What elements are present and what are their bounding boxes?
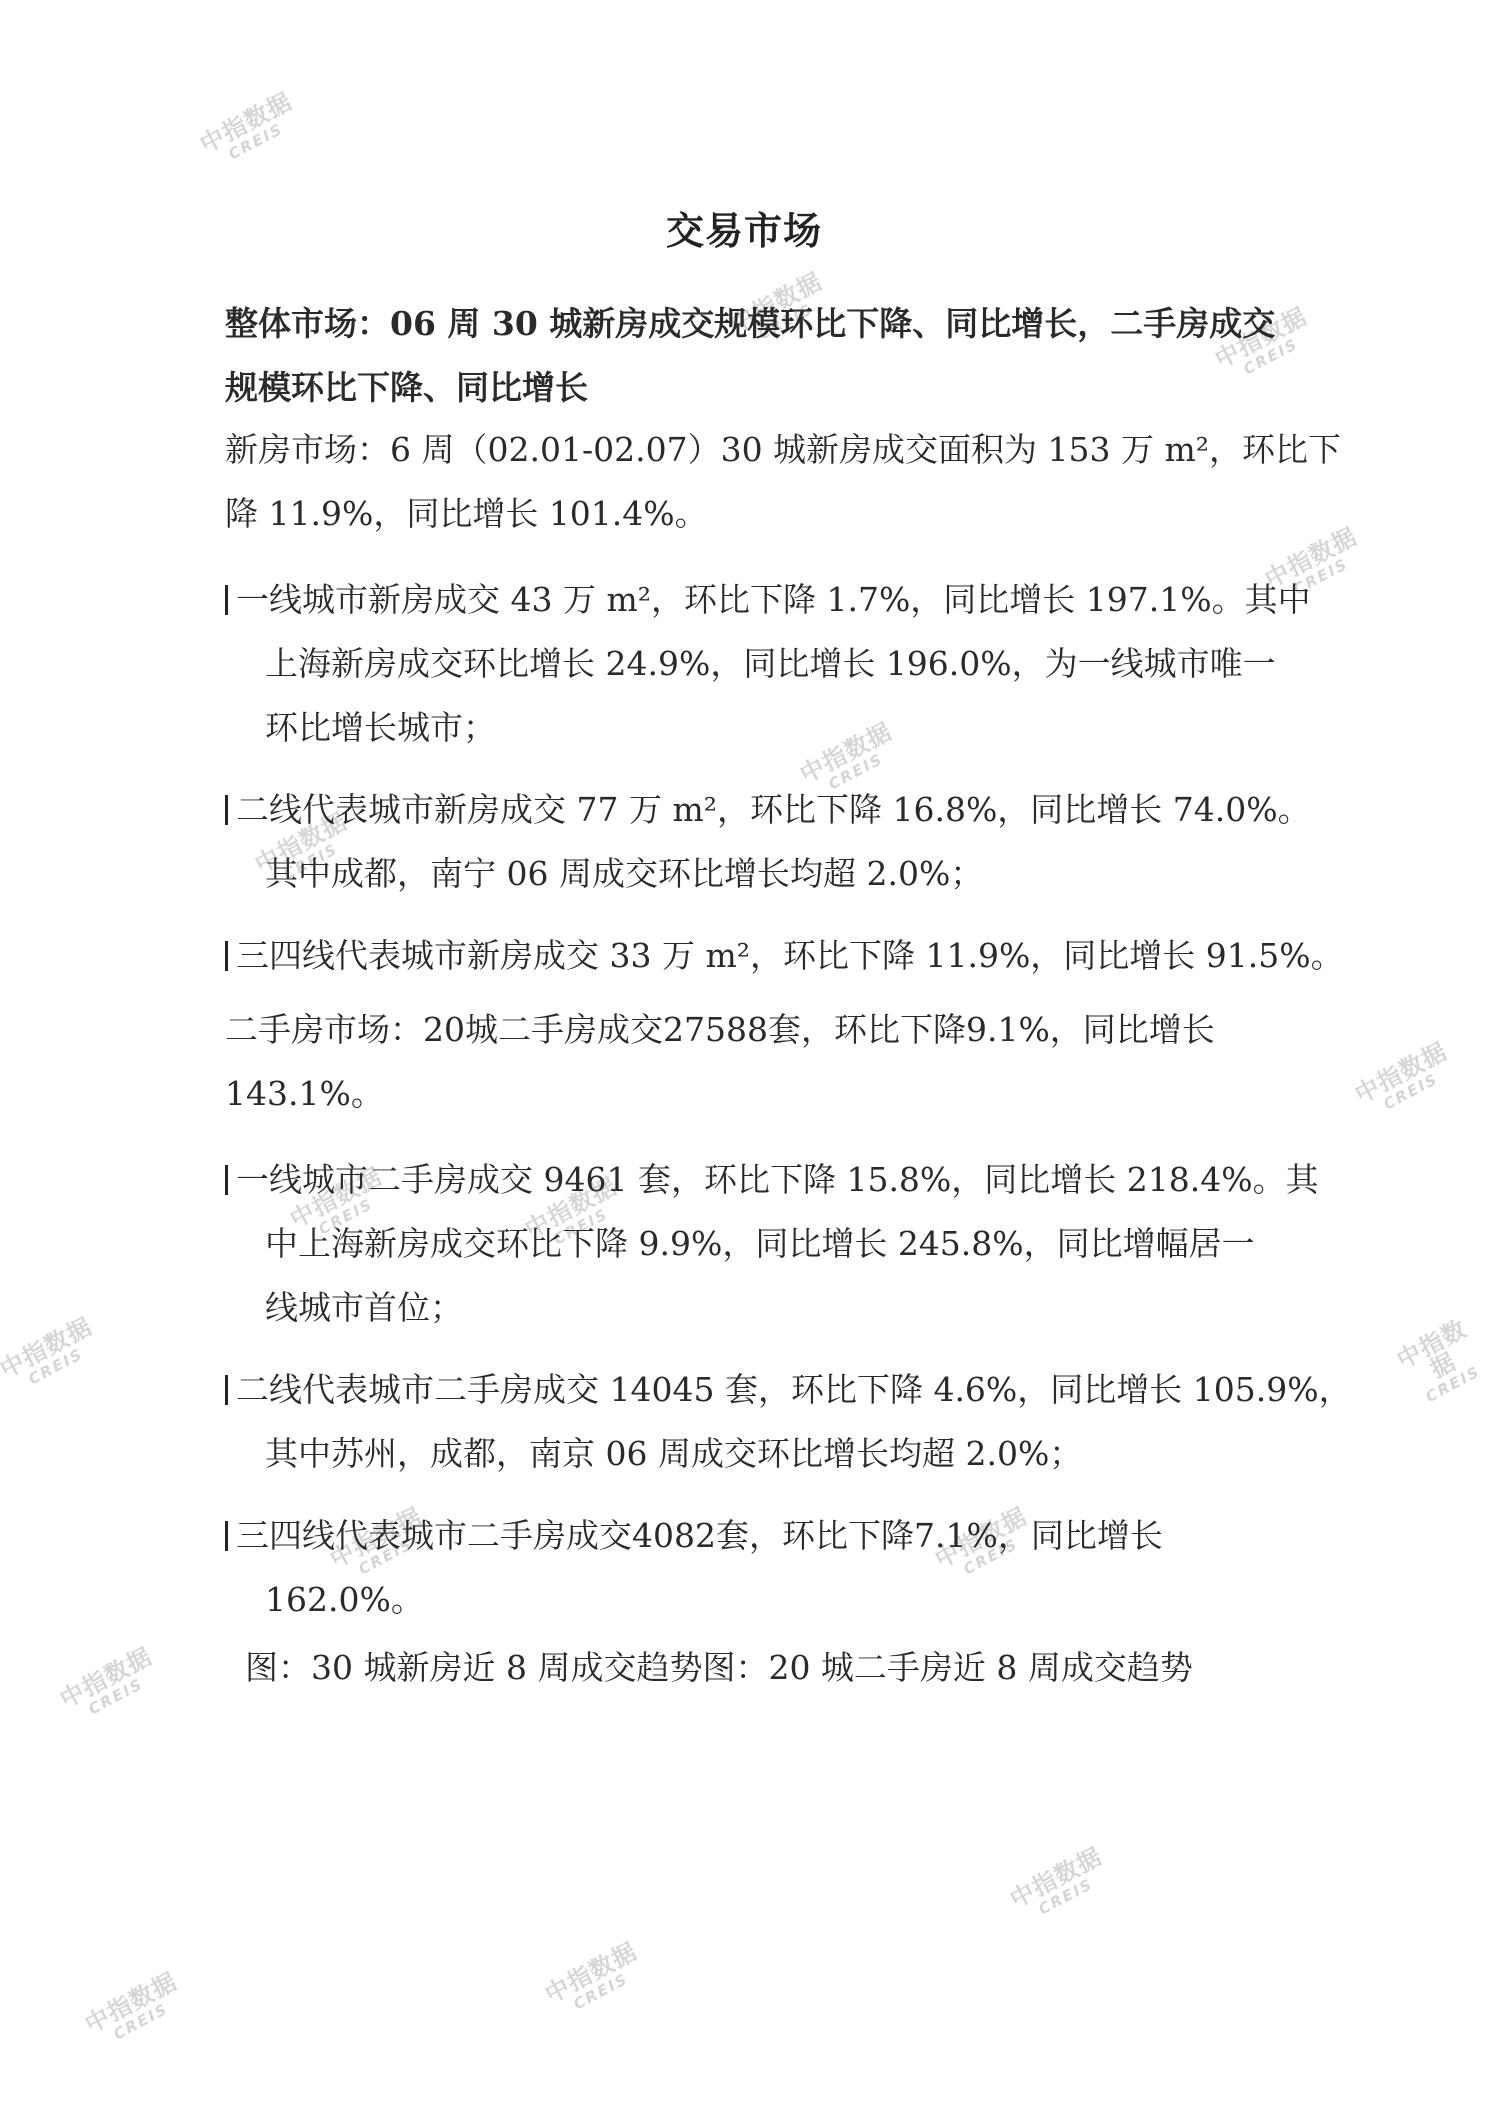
- bullet-bar-icon: [225, 795, 228, 825]
- new-house-tier2-bullet: 二线代表城市新房成交 77 万 m²，环比下降 16.8%，同比增长 74.0%…: [225, 778, 1285, 906]
- second-hand-tier34-bullet: 三四线代表城市二手房成交4082套，环比下降7.1%，同比增长 162.0%。: [225, 1504, 1285, 1632]
- second-hand-tier1-bullet: 一线城市二手房成交 9461 套，环比下降 15.8%，同比增长 218.4%。…: [225, 1148, 1285, 1340]
- new-house-tier1-bullet: 一线城市新房成交 43 万 m²，环比下降 1.7%，同比增长 197.1%。其…: [225, 568, 1285, 760]
- bullet-bar-icon: [225, 1521, 228, 1551]
- watermark: 中指数据 CREIS: [541, 1939, 649, 2022]
- figure-caption: 图：30 城新房近 8 周成交趋势图：20 城二手房近 8 周成交趋势: [245, 1636, 1193, 1700]
- watermark: 中指数据 CREIS: [1006, 1844, 1114, 1927]
- watermark: 中指数据 CREIS: [1351, 1039, 1459, 1122]
- page-title: 交易市场: [0, 200, 1488, 255]
- bullet-bar-icon: [225, 941, 228, 971]
- bullet-bar-icon: [225, 1165, 228, 1195]
- watermark: 中指数据 CREIS: [196, 89, 304, 172]
- watermark: 中指数据 CREIS: [56, 1644, 164, 1727]
- new-house-market-summary: 新房市场：6 周（02.01-02.07）30 城新房成交面积为 153 万 m…: [225, 418, 1265, 546]
- watermark: 中指数据 CREIS: [1385, 1312, 1488, 1413]
- second-hand-tier2-bullet: 二线代表城市二手房成交 14045 套，环比下降 4.6%，同比增长 105.9…: [225, 1358, 1285, 1486]
- watermark: 中指数据 CREIS: [0, 1314, 104, 1397]
- new-house-tier34-bullet: 三四线代表城市新房成交 33 万 m²，环比下降 11.9%，同比增长 91.5…: [225, 924, 1285, 988]
- watermark: 中指数据 CREIS: [81, 1969, 189, 2052]
- bullet-bar-icon: [225, 1375, 228, 1405]
- bullet-bar-icon: [225, 585, 228, 615]
- second-hand-market-summary: 二手房市场：20城二手房成交27588套，环比下降9.1%，同比增长 143.1…: [225, 998, 1265, 1126]
- overall-market-summary: 整体市场：06 周 30 城新房成交规模环比下降、同比增长，二手房成交 规模环比…: [225, 292, 1265, 420]
- document-page: 中指数据 CREIS 中指数据 CREIS 中指数据 CREIS 中指数据 CR…: [0, 0, 1488, 2104]
